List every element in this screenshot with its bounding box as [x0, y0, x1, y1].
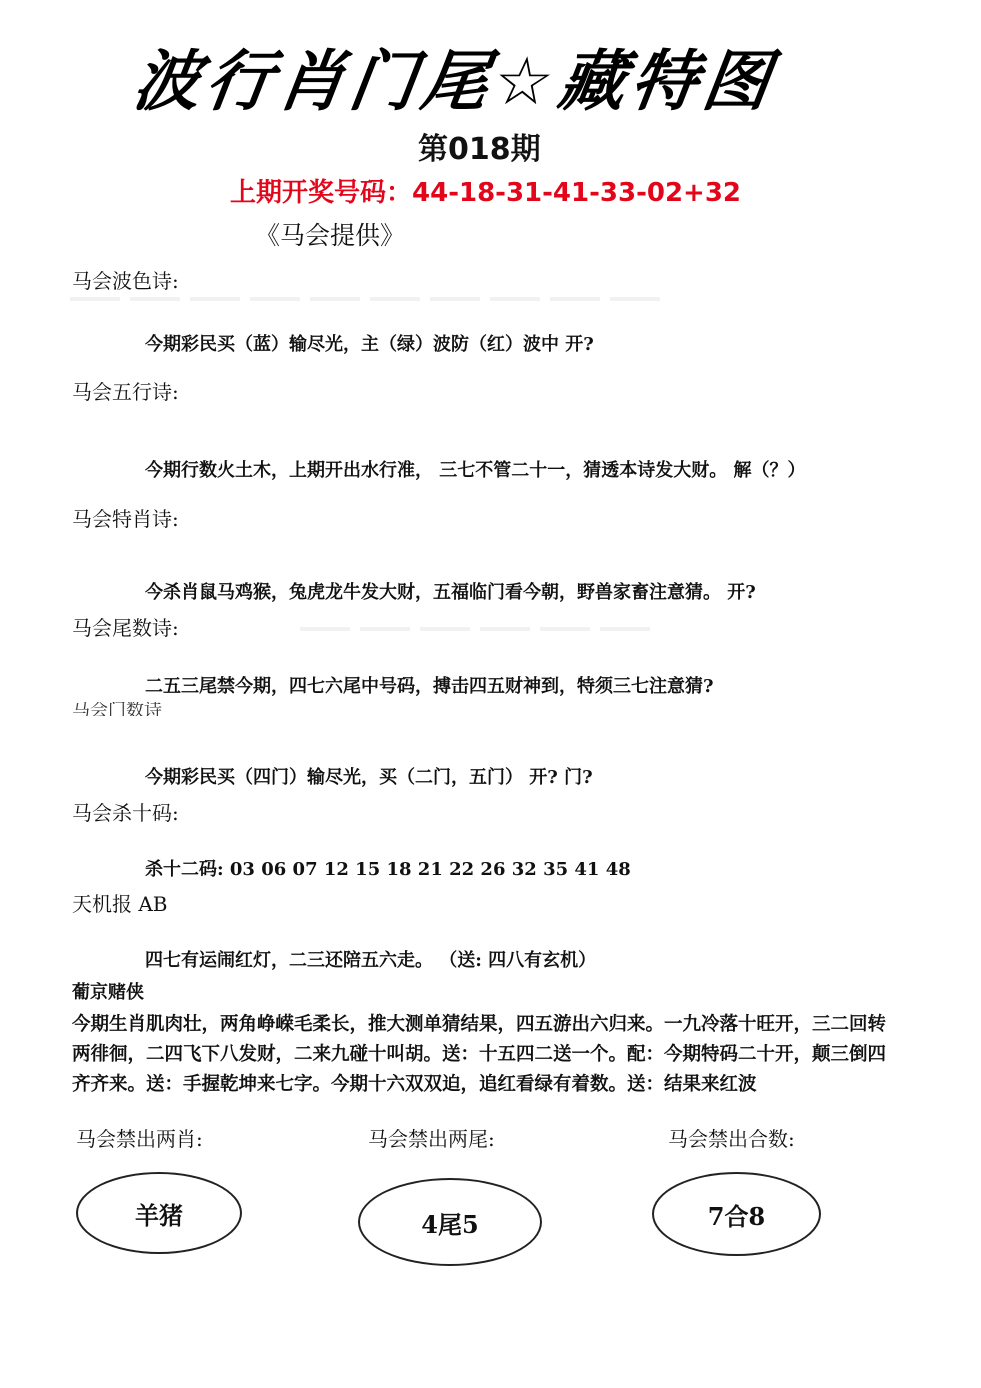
section-heading-gate-number: 马会门数诗 [72, 702, 162, 716]
section-heading-wave-color: 马会波色诗: [72, 265, 179, 294]
provider-label: 《马会提供》 [255, 216, 405, 252]
divider [70, 297, 660, 301]
ban-label-sum: 马会禁出合数: [668, 1123, 795, 1152]
section-heading-five-elements: 马会五行诗: [72, 376, 179, 405]
section-heading-pujing: 葡京赌侠 [72, 978, 144, 1004]
section-heading-tianji: 天机报 AB [72, 888, 168, 917]
ban-value-tail: 4尾5 [358, 1178, 542, 1266]
ban-label-tail: 马会禁出两尾: [368, 1123, 495, 1152]
ban-value-tail-text: 4尾5 [421, 1205, 478, 1240]
ban-value-zodiac-text: 羊猪 [135, 1196, 183, 1231]
section-heading-zodiac: 马会特肖诗: [72, 503, 179, 532]
section-heading-tail-number: 马会尾数诗: [72, 612, 179, 641]
ban-value-sum: 7合8 [652, 1172, 821, 1256]
section-text-tail-number: 二五三尾禁今期，四七六尾中号码，搏击四五财神到，特须三七注意猜? [145, 672, 714, 698]
ban-label-zodiac: 马会禁出两肖: [76, 1123, 203, 1152]
last-draw-label: 上期开奖号码： [230, 178, 412, 208]
section-text-kill-ten: 杀十二码: 03 06 07 12 15 18 21 22 26 32 35 4… [145, 855, 631, 881]
page-title: 波行肖门尾☆藏特图 [128, 28, 783, 123]
last-draw-numbers: 44-18-31-41-33-02+32 [412, 178, 741, 208]
section-text-pujing: 今期生肖肌肉壮，两角峥嵘毛柔长，推大测单猜结果，四五游出六归来。一九冷落十旺开，… [72, 1010, 902, 1100]
section-text-zodiac: 今杀肖鼠马鸡猴，兔虎龙牛发大财，五福临门看今朝，野兽家畜注意猜。 开? [145, 578, 756, 604]
divider [300, 627, 660, 631]
last-draw: 上期开奖号码：44-18-31-41-33-02+32 [230, 172, 741, 209]
ban-value-sum-text: 7合8 [708, 1197, 765, 1232]
section-heading-kill-ten: 马会杀十码: [72, 797, 179, 826]
section-text-tianji: 四七有运闹红灯，二三还陪五六走。 （送: 四八有玄机） [145, 946, 596, 972]
ban-value-zodiac: 羊猪 [76, 1172, 242, 1254]
section-text-gate-number: 今期彩民买（四门）输尽光，买（二门，五门） 开? 门? [145, 763, 593, 789]
section-text-wave-color: 今期彩民买（蓝）输尽光，主（绿）波防（红）波中 开? [145, 330, 594, 356]
section-text-five-elements: 今期行数火土木，上期开出水行准， 三七不管二十一，猜透本诗发大财。 解（？） [145, 456, 806, 482]
issue-number: 第018期 [418, 124, 541, 168]
